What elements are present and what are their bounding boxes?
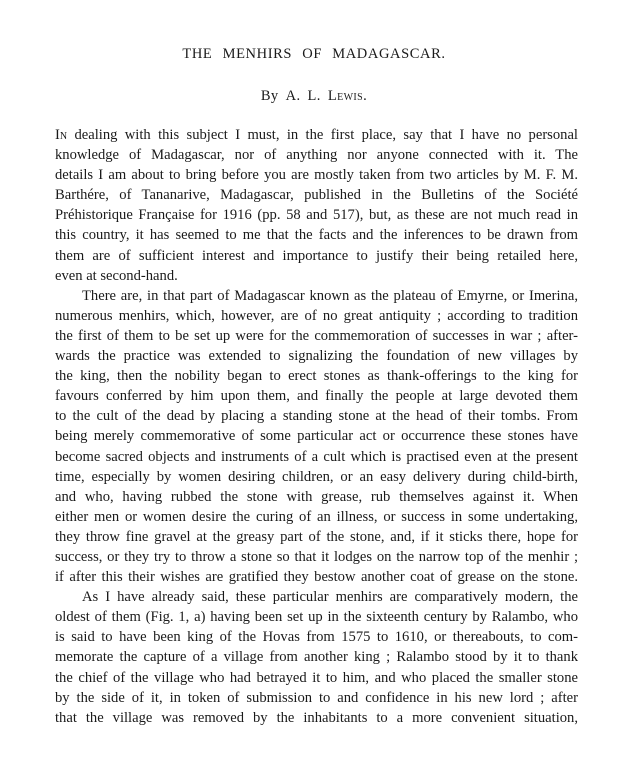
text-line: There are, in that part of Madagascar kn… [55, 286, 578, 306]
paragraph-2: There are, in that part of Madagascar kn… [55, 286, 578, 587]
paragraph-3: As I have already said, these particular… [55, 587, 578, 728]
text-line: that the village was removed by the inha… [55, 708, 578, 728]
text-line: numerous menhirs, which, however, are of… [55, 306, 578, 326]
drop-lead-smallcaps: In [55, 127, 67, 143]
text-line: wards the practice was extended to signa… [55, 346, 578, 366]
text-line: if after this their wishes are gratified… [55, 567, 578, 587]
text-line: by the side of it, in token of submissio… [55, 688, 578, 708]
article-body: In dealing with this subject I must, in … [55, 125, 578, 728]
article-title: THE MENHIRS OF MADAGASCAR. [0, 46, 628, 63]
text-line: this country, it has seemed to me that t… [55, 225, 578, 245]
text-line: the first of them to be set up were for … [55, 326, 578, 346]
text-line: become sacred objects and instruments of… [55, 447, 578, 467]
text-line: In dealing with this subject I must, in … [55, 125, 578, 145]
paragraph-1: In dealing with this subject I must, in … [55, 125, 578, 286]
text-line: success, or they try to throw a stone so… [55, 547, 578, 567]
text-line: details I am about to bring before you a… [55, 165, 578, 185]
text-line: to the cult of the dead by placing a sta… [55, 406, 578, 426]
text-line: As I have already said, these particular… [55, 587, 578, 607]
text-line: is said to have been king of the Hovas f… [55, 627, 578, 647]
byline-author: A. L. Lewis. [286, 88, 368, 104]
text-line: memorate the capture of a village from a… [55, 647, 578, 667]
text-line: oldest of them (Fig. 1, a) having been s… [55, 607, 578, 627]
text-line: the chief of the village who had betraye… [55, 668, 578, 688]
text-line: the king, then the nobility began to ere… [55, 366, 578, 386]
byline-prefix: By [261, 88, 279, 104]
text-line: being merely commemorative of some parti… [55, 426, 578, 446]
text-line: and who, having rubbed the stone with gr… [55, 487, 578, 507]
text-line: Préhistorique Française for 1916 (pp. 58… [55, 205, 578, 225]
text-line: Barthére, of Tananarive, Madagascar, pub… [55, 185, 578, 205]
text-line: even at second-hand. [55, 266, 578, 286]
text-line: them are of sufficient interest and impo… [55, 246, 578, 266]
text-line: they throw fine gravel at the greasy par… [55, 527, 578, 547]
document-page: THE MENHIRS OF MADAGASCAR. By A. L. Lewi… [0, 0, 628, 782]
text-line: knowledge of Madagascar, nor of anything… [55, 145, 578, 165]
article-byline: By A. L. Lewis. [0, 88, 628, 105]
text-line: either men or women desire the curing of… [55, 507, 578, 527]
text-line: time, especially by women desiring child… [55, 467, 578, 487]
text-line: favours conferred by him upon them, and … [55, 386, 578, 406]
